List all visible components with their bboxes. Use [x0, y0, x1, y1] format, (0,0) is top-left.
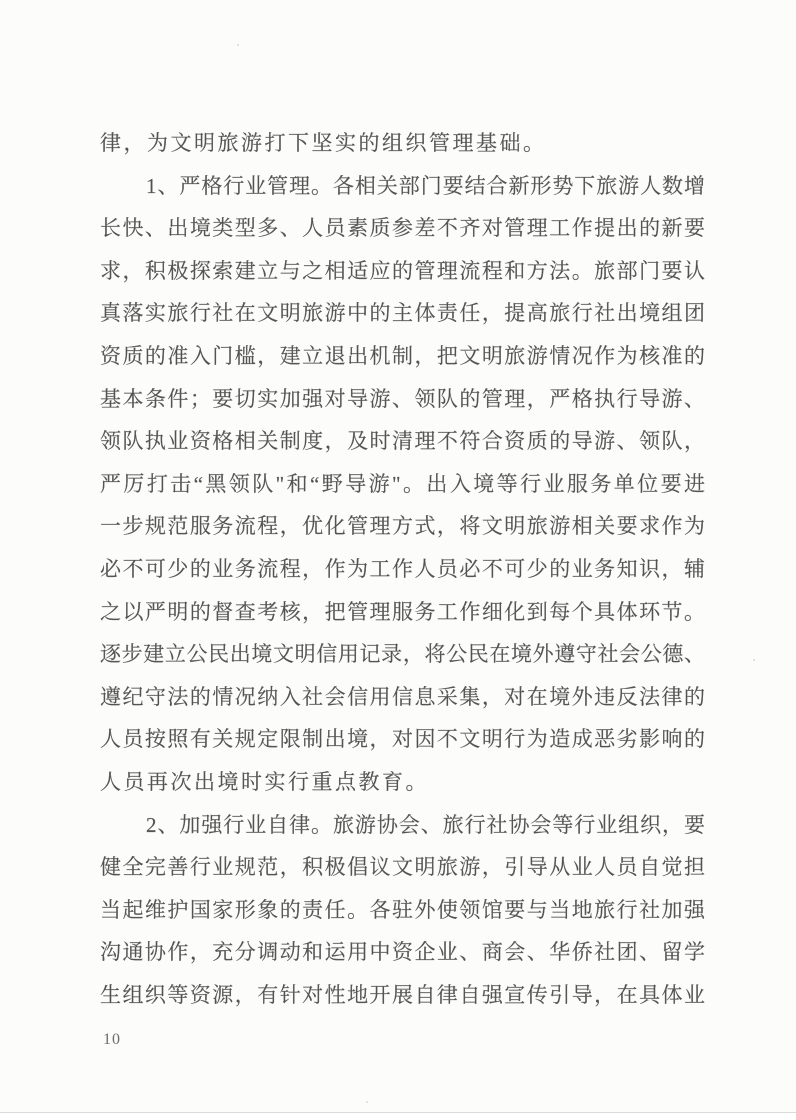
scan-speck [237, 44, 239, 46]
text-line: 人员按照有关规定限制出境，对因不文明行为造成恶劣影响的 [100, 718, 705, 761]
text-line: 真落实旅行社在文明旅游中的主体责任，提高旅行社出境组团 [100, 292, 705, 335]
scanner-background [0, 1113, 796, 1120]
text-line: 沟通协作，充分调动和运用中资企业、商会、华侨社团、留学 [100, 931, 705, 974]
text-line: 1、严格行业管理。各相关部门要结合新形势下旅游人数增 [100, 165, 705, 208]
text-line: 必不可少的业务流程，作为工作人员必不可少的业务知识，辅 [100, 548, 705, 591]
text-line: 资质的准入门槛，建立退出机制，把文明旅游情况作为核准的 [100, 335, 705, 378]
text-line: 当起维护国家形象的责任。各驻外使领馆要与当地旅行社加强 [100, 889, 705, 932]
text-line: 生组织等资源，有针对性地开展自律自强宣传引导，在具体业 [100, 974, 705, 1017]
scan-speck [366, 1101, 368, 1103]
text-line: 逐步建立公民出境文明信用记录，将公民在境外遵守社会公德、 [100, 633, 705, 676]
scan-speck [753, 659, 755, 661]
text-line: 健全完善行业规范，积极倡议文明旅游，引导从业人员自觉担 [100, 846, 705, 889]
page-number: 10 [103, 1031, 121, 1049]
text-line: 之以严明的督查考核，把管理服务工作细化到每个具体环节。 [100, 591, 705, 634]
text-line: 求，积极探索建立与之相适应的管理流程和方法。旅部门要认 [100, 250, 705, 293]
text-line: 2、加强行业自律。旅游协会、旅行社协会等行业组织，要 [100, 804, 705, 847]
text-line: 基本条件；要切实加强对导游、领队的管理，严格执行导游、 [100, 378, 705, 421]
text-line: 人员再次出境时实行重点教育。 [100, 761, 705, 804]
text-line: 领队执业资格相关制度，及时清理不符合资质的导游、领队， [100, 420, 705, 463]
document-page: 律，为文明旅游打下坚实的组织管理基础。 1、严格行业管理。各相关部门要结合新形势… [0, 0, 796, 1120]
text-line: 律，为文明旅游打下坚实的组织管理基础。 [100, 122, 705, 165]
text-line: 严厉打击“黑领队"和“野导游"。出入境等行业服务单位要进 [100, 463, 705, 506]
body-text: 律，为文明旅游打下坚实的组织管理基础。 1、严格行业管理。各相关部门要结合新形势… [100, 122, 705, 1016]
text-line: 遵纪守法的情况纳入社会信用信息采集，对在境外违反法律的 [100, 676, 705, 719]
text-line: 一步规范服务流程，优化管理方式，将文明旅游相关要求作为 [100, 505, 705, 548]
text-line: 长快、出境类型多、人员素质参差不齐对管理工作提出的新要 [100, 207, 705, 250]
